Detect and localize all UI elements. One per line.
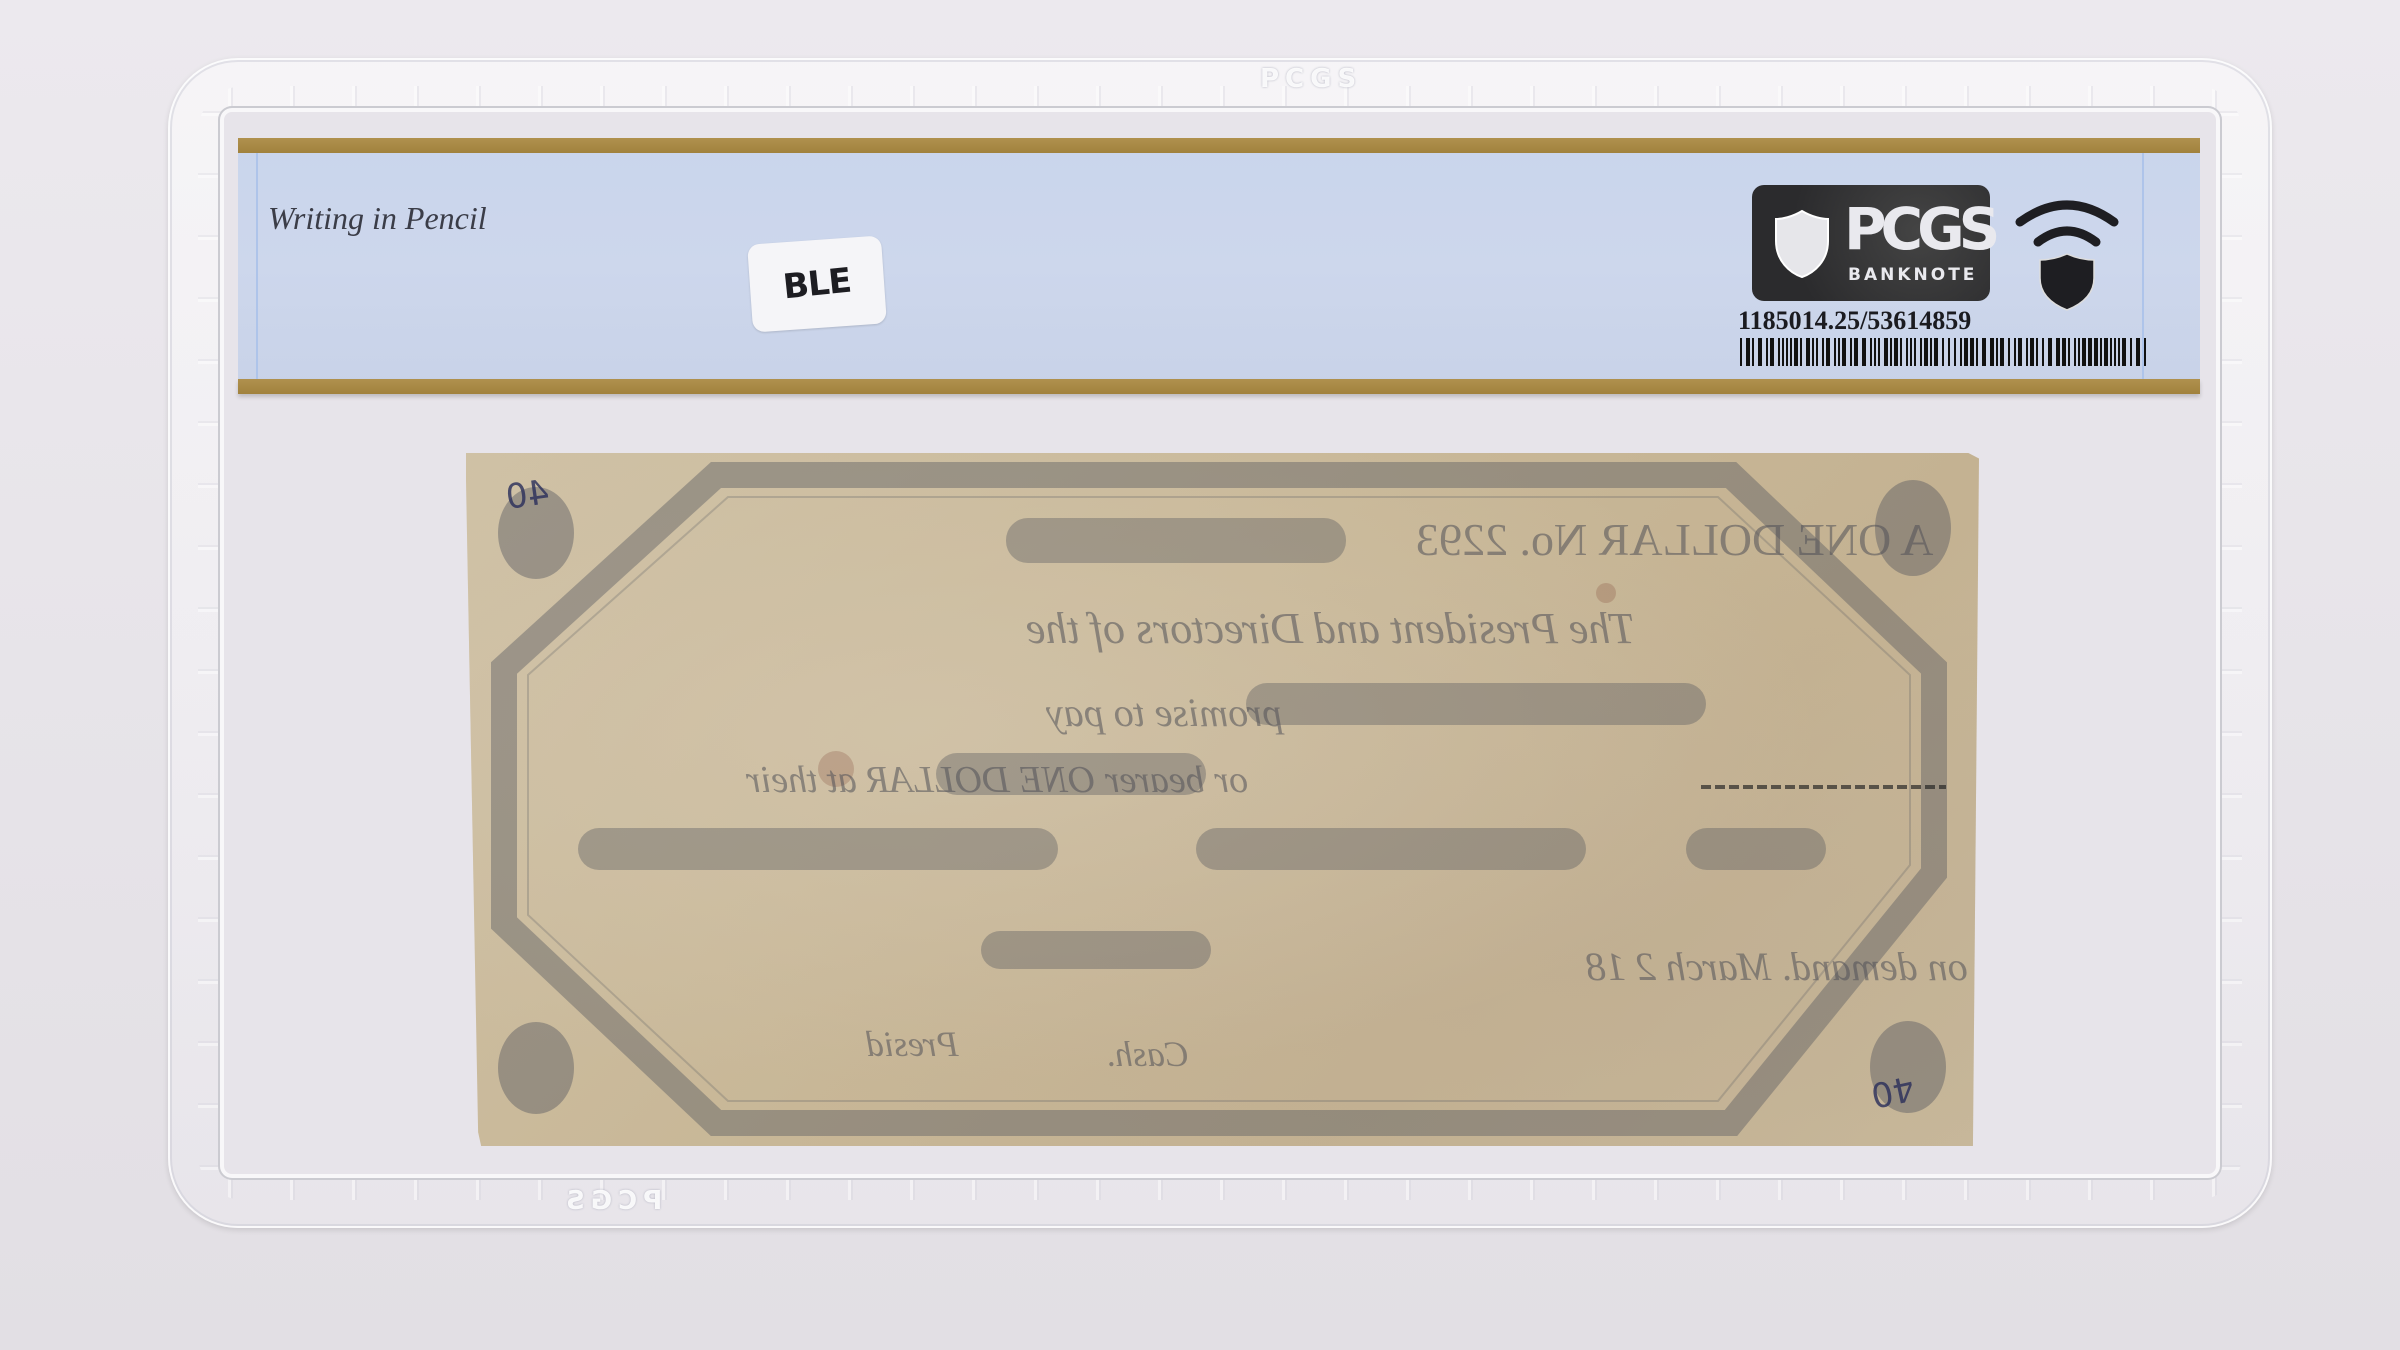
logo-subtitle: BANKNOTE — [1848, 265, 1977, 285]
label-gold-band-bottom — [238, 379, 2200, 394]
pencil-annotation: 40 — [503, 472, 551, 518]
note-text-line: or bearer ONE DOLLAR at their — [746, 758, 1248, 802]
note-text-line: promise to pay — [1046, 689, 1282, 736]
rim-brand-text: PCGS — [1260, 64, 1362, 94]
rim-brand-text-bottom: PCGS — [560, 1186, 662, 1216]
label-border-line — [256, 153, 258, 379]
note-text-line: Cash. — [1106, 1033, 1189, 1075]
sticker-text: BLE — [781, 261, 853, 308]
note-text-line: The President and Directors of the — [1026, 603, 1635, 654]
note-text-line: A ONE DOLLAR No. 2293 — [1416, 513, 1933, 566]
cert-number: 1185014.25/53614859 — [1738, 306, 1971, 336]
note-text-line: on demand. March 2 18 — [1586, 943, 1968, 990]
pedigree-text: Writing in Pencil — [268, 200, 487, 237]
note-text-line: Presid — [866, 1023, 959, 1065]
banknote: A ONE DOLLAR No. 2293 The President and … — [466, 453, 1979, 1146]
label-gold-band-top — [238, 138, 2200, 153]
barcode — [1740, 338, 2152, 366]
logo-brand: PCGS — [1844, 195, 1994, 263]
shield-icon — [1772, 207, 1832, 281]
pcgs-banknote-logo: PCGS BANKNOTE — [1752, 185, 1990, 301]
grading-label: Writing in Pencil BLE PCGS BANKNOTE 1185… — [238, 138, 2200, 394]
nfc-shield-icon — [2012, 194, 2122, 312]
sticker: BLE — [747, 235, 887, 332]
